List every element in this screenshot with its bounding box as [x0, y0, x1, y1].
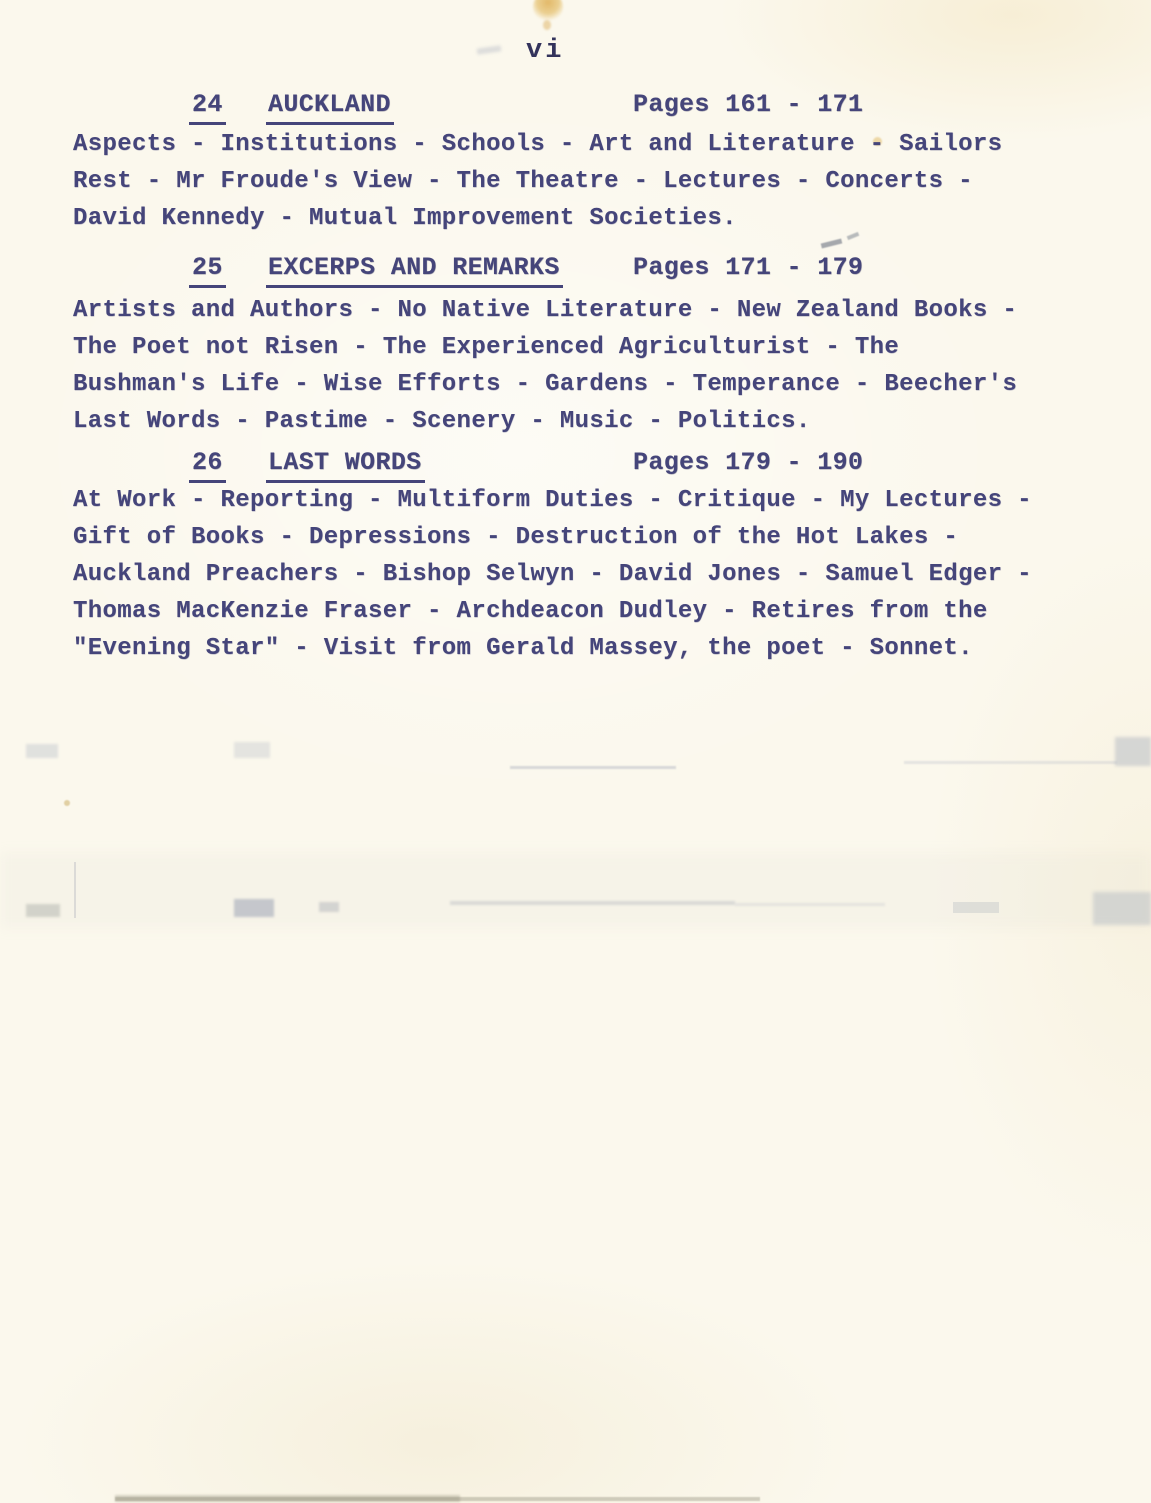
smudge-mark: [26, 744, 58, 758]
smudge-mark: [234, 742, 270, 758]
scan-edge-line: [115, 1495, 460, 1502]
chapter-number: 24: [189, 90, 226, 125]
chapter-title: AUCKLAND: [266, 90, 394, 125]
chapter-number: 25: [189, 253, 226, 288]
smudge-mark: [1093, 892, 1151, 925]
smudge-mark: [477, 45, 502, 54]
smudge-mark: [319, 902, 339, 912]
page-number: vi: [526, 36, 564, 66]
smudge-mark: [953, 902, 999, 913]
chapter-pages: Pages 179 - 190: [633, 448, 863, 477]
scan-line: [904, 761, 1117, 764]
scan-line: [510, 766, 676, 769]
pencil-mark: [821, 239, 843, 249]
ghost-band: [0, 853, 1151, 928]
stain: [64, 800, 70, 806]
chapter-heading-25: 25 EXCERPS AND REMARKS Pages 171 - 179: [0, 253, 1151, 293]
scan-line: [450, 901, 735, 905]
chapter-summary-25: Artists and Authors - No Native Literatu…: [73, 292, 1073, 440]
stain: [533, 0, 563, 22]
chapter-title: LAST WORDS: [266, 448, 425, 483]
chapter-number: 26: [189, 448, 226, 483]
chapter-pages: Pages 161 - 171: [633, 90, 863, 119]
stain: [543, 20, 551, 30]
smudge-mark: [234, 899, 274, 917]
chapter-summary-24: Aspects - Institutions - Schools - Art a…: [73, 126, 1073, 237]
smudge-mark: [26, 904, 60, 917]
document-page: vi 24 AUCKLAND Pages 161 - 171 Aspects -…: [0, 0, 1151, 1503]
scan-line: [74, 862, 76, 918]
scan-edge-line: [115, 1497, 760, 1501]
scan-line: [735, 903, 885, 906]
smudge-mark: [1115, 737, 1151, 766]
chapter-title: EXCERPS AND REMARKS: [266, 253, 563, 288]
chapter-summary-26: At Work - Reporting - Multiform Duties -…: [73, 482, 1073, 667]
chapter-pages: Pages 171 - 179: [633, 253, 863, 282]
chapter-heading-24: 24 AUCKLAND Pages 161 - 171: [0, 90, 1151, 130]
